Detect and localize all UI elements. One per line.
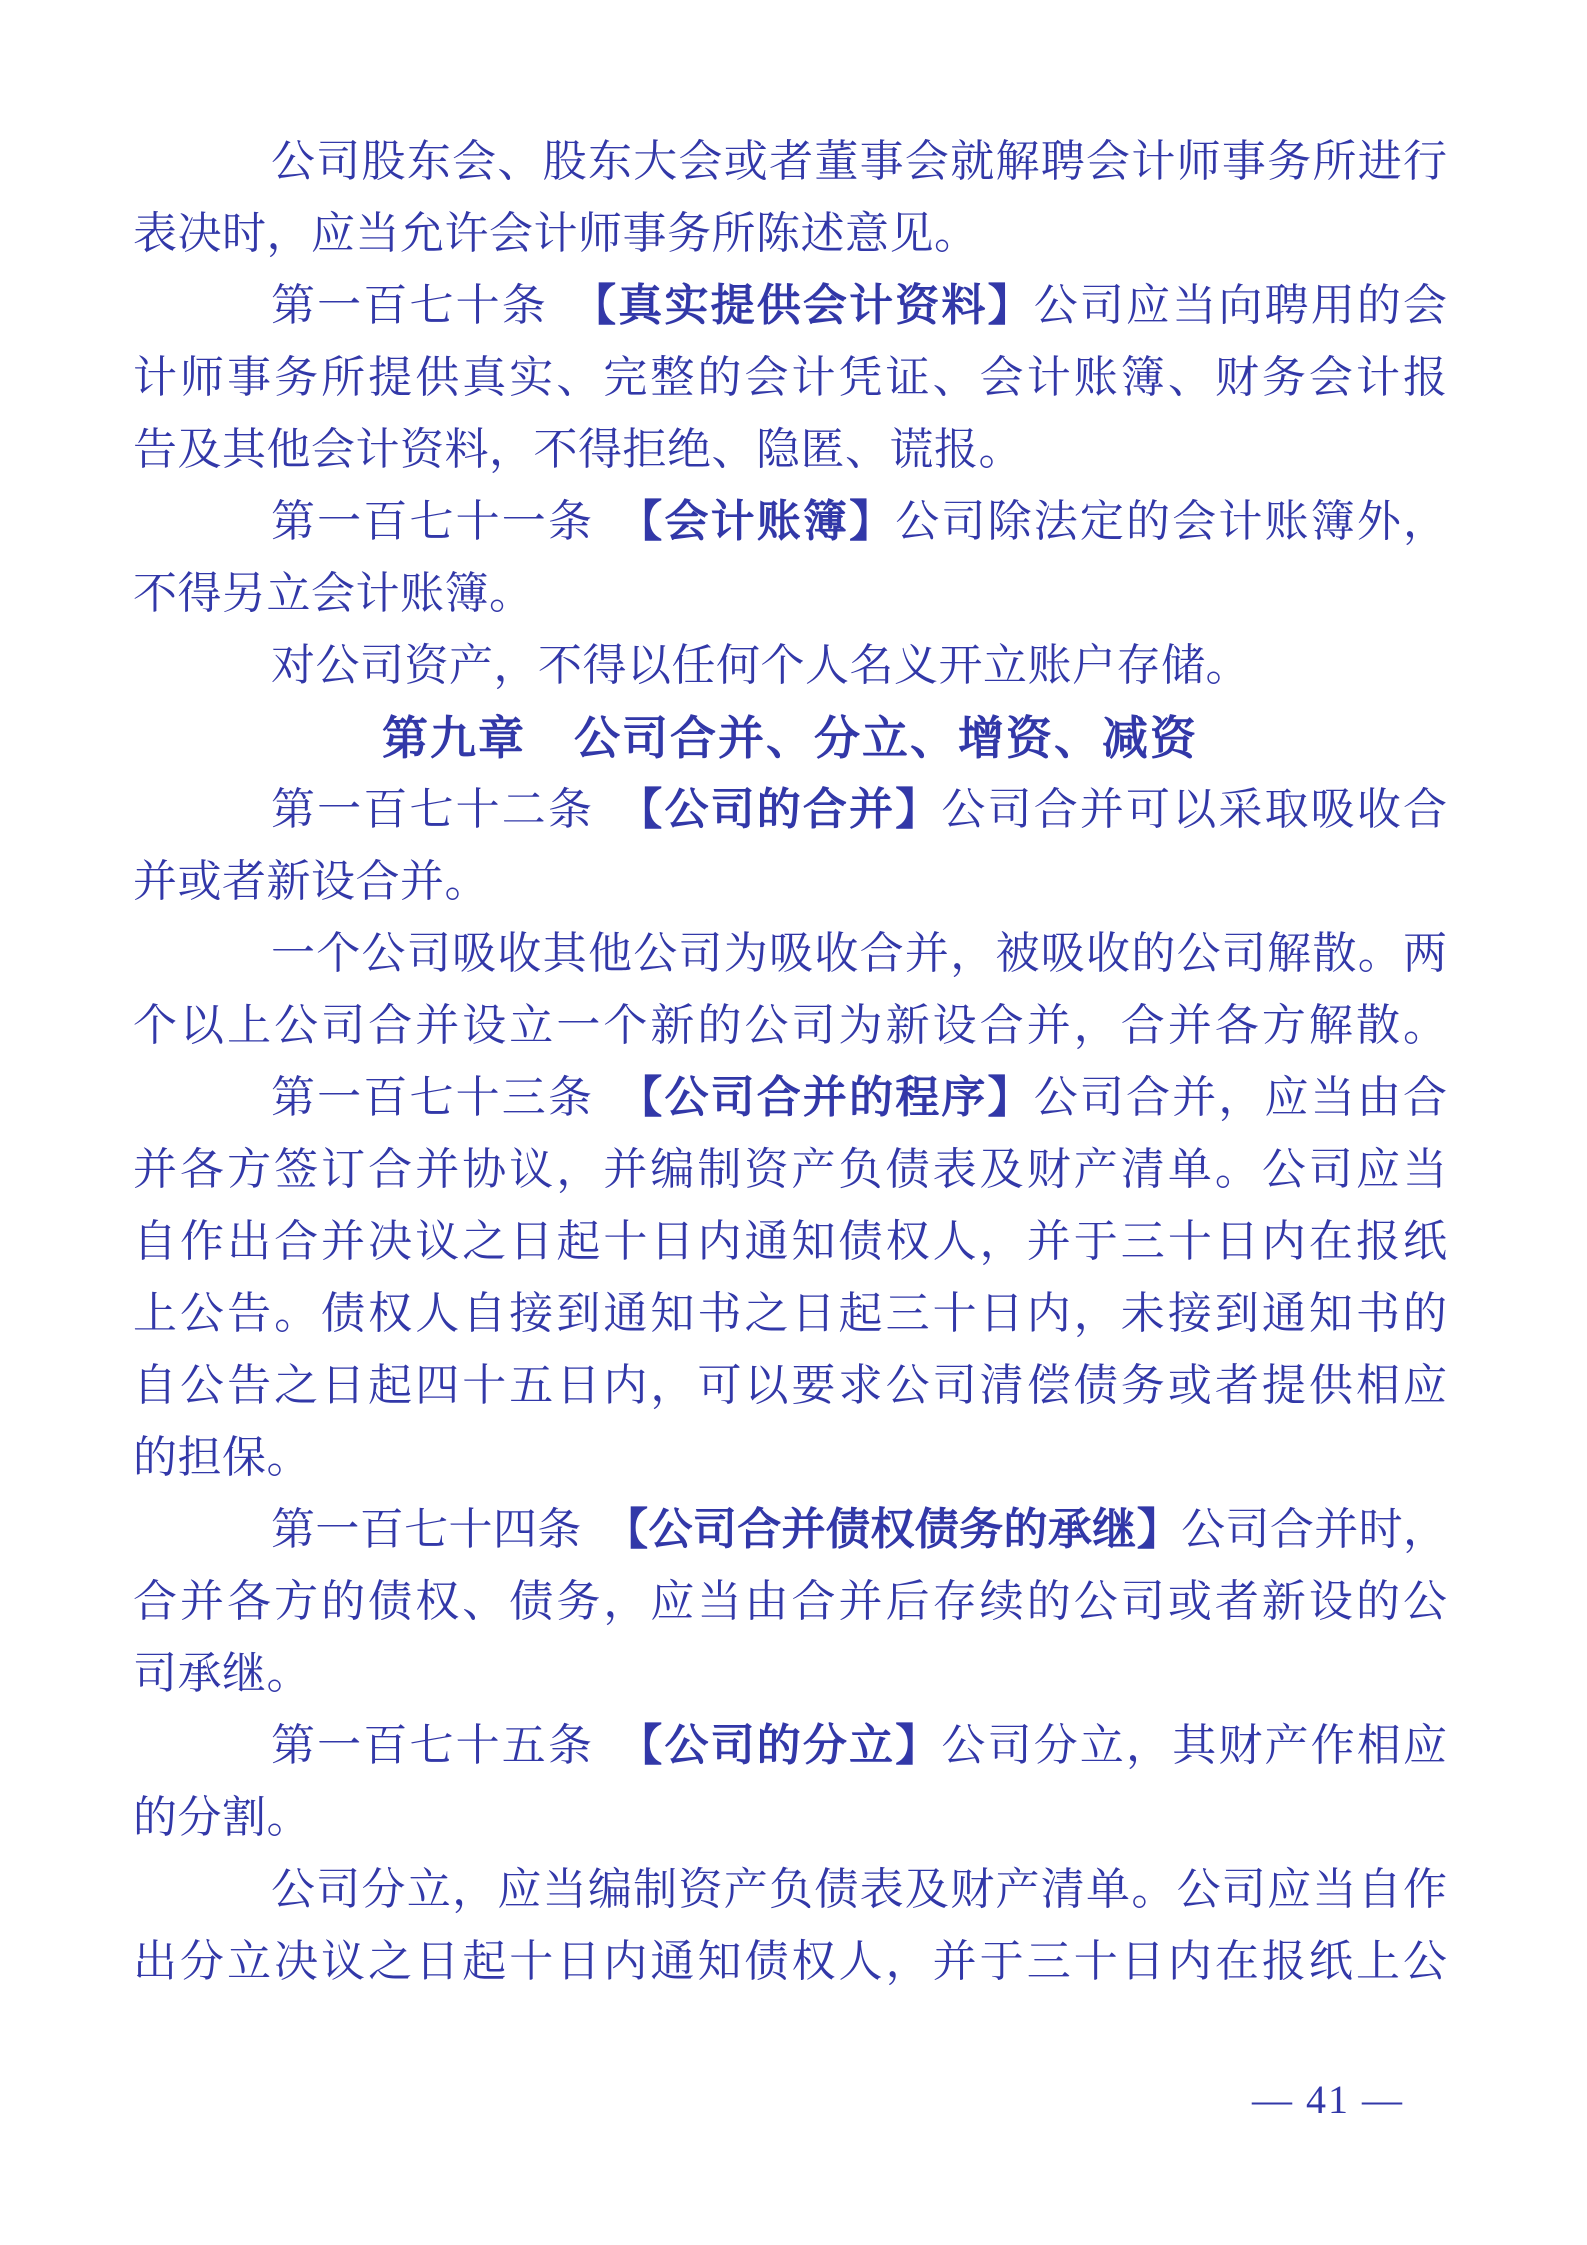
text-line: 第一百七十二条 【公司的合并】公司合并可以采取吸收合 [133, 774, 1447, 846]
article-title: 【公司合并债权债务的承继】 [626, 1505, 1181, 1554]
text-segment: 公司合并，应当由合 [1034, 1073, 1447, 1122]
text-line: 第一百七十一条 【会计账簿】公司除法定的会计账簿外， [133, 486, 1447, 558]
text-segment: 公司除法定的会计账簿外， [895, 497, 1447, 546]
text-line: 的担保。 [133, 1422, 1447, 1494]
text-segment: 的分割。 [133, 1793, 311, 1842]
text-segment: 表决时，应当允许会计师事务所陈述意见。 [133, 209, 979, 258]
article-title: 【公司的分立】 [640, 1721, 941, 1770]
text-segment: 第一百七十二条 [271, 785, 640, 834]
article-title: 【公司的合并】 [640, 785, 941, 834]
text-segment: 不得另立会计账簿。 [133, 569, 534, 618]
text-segment: 公司分立，其财产作相应 [941, 1721, 1447, 1770]
text-segment: 并或者新设合并。 [133, 857, 489, 906]
text-line: 告及其他会计资料，不得拒绝、隐匿、谎报。 [133, 414, 1447, 486]
text-segment: 出分立决议之日起十日内通知债权人，并于三十日内在报纸上公 [133, 1937, 1447, 1986]
text-segment: 司承继。 [133, 1649, 311, 1698]
text-segment: 第一百七十五条 [271, 1721, 640, 1770]
text-segment: 公司合并可以采取吸收合 [941, 785, 1447, 834]
text-line: 对公司资产，不得以任何个人名义开立账户存储。 [133, 630, 1447, 702]
text-line: 并各方签订合并协议，并编制资产负债表及财产清单。公司应当 [133, 1134, 1447, 1206]
text-segment: 公司应当向聘用的会 [1034, 281, 1447, 330]
text-segment: 自作出合并决议之日起十日内通知债权人，并于三十日内在报纸 [133, 1217, 1447, 1266]
text-segment: 告及其他会计资料，不得拒绝、隐匿、谎报。 [133, 425, 1023, 474]
article-title: 【真实提供会计资料】 [594, 281, 1034, 330]
document-body: 公司股东会、股东大会或者董事会就解聘会计师事务所进行表决时，应当允许会计师事务所… [133, 126, 1447, 1998]
text-line: 一个公司吸收其他公司为吸收合并，被吸收的公司解散。两 [133, 918, 1447, 990]
article-title: 【会计账簿】 [640, 497, 895, 546]
text-line: 计师事务所提供真实、完整的会计凭证、会计账簿、财务会计报 [133, 342, 1447, 414]
text-segment: 自公告之日起四十五日内，可以要求公司清偿债务或者提供相应 [133, 1361, 1447, 1410]
text-segment: 上公告。债权人自接到通知书之日起三十日内，未接到通知书的 [133, 1289, 1447, 1338]
text-line: 个以上公司合并设立一个新的公司为新设合并，合并各方解散。 [133, 990, 1447, 1062]
text-line: 合并各方的债权、债务，应当由合并后存续的公司或者新设的公 [133, 1566, 1447, 1638]
text-line: 公司股东会、股东大会或者董事会就解聘会计师事务所进行 [133, 126, 1447, 198]
text-segment: 第一百七十三条 [271, 1073, 640, 1122]
text-line: 自作出合并决议之日起十日内通知债权人，并于三十日内在报纸 [133, 1206, 1447, 1278]
text-segment: 合并各方的债权、债务，应当由合并后存续的公司或者新设的公 [133, 1577, 1447, 1626]
text-line: 表决时，应当允许会计师事务所陈述意见。 [133, 198, 1447, 270]
text-segment: 计师事务所提供真实、完整的会计凭证、会计账簿、财务会计报 [133, 353, 1447, 402]
text-segment: 公司分立，应当编制资产负债表及财产清单。公司应当自作 [271, 1865, 1447, 1914]
text-line: 公司分立，应当编制资产负债表及财产清单。公司应当自作 [133, 1854, 1447, 1926]
text-segment: 并各方签订合并协议，并编制资产负债表及财产清单。公司应当 [133, 1145, 1447, 1194]
text-segment: 对公司资产，不得以任何个人名义开立账户存储。 [271, 641, 1250, 690]
text-segment: 公司股东会、股东大会或者董事会就解聘会计师事务所进行 [271, 137, 1447, 186]
text-segment: 第九章 公司合并、分立、增资、减资 [382, 712, 1198, 764]
chapter-heading: 第九章 公司合并、分立、增资、减资 [133, 702, 1447, 774]
text-line: 并或者新设合并。 [133, 846, 1447, 918]
text-segment: 一个公司吸收其他公司为吸收合并，被吸收的公司解散。两 [271, 929, 1447, 978]
text-segment: 个以上公司合并设立一个新的公司为新设合并，合并各方解散。 [133, 1001, 1447, 1050]
text-segment: 的担保。 [133, 1433, 311, 1482]
text-segment: 第一百七十一条 [271, 497, 640, 546]
text-line: 第一百七十条 【真实提供会计资料】公司应当向聘用的会 [133, 270, 1447, 342]
text-segment: 公司合并时， [1181, 1505, 1447, 1554]
text-segment: 第一百七十四条 [271, 1505, 626, 1554]
document-page: { "page": { "background": "#ffffff", "te… [0, 0, 1587, 2245]
text-line: 第一百七十三条 【公司合并的程序】公司合并，应当由合 [133, 1062, 1447, 1134]
article-title: 【公司合并的程序】 [640, 1073, 1033, 1122]
text-line: 第一百七十四条 【公司合并债权债务的承继】公司合并时， [133, 1494, 1447, 1566]
text-line: 出分立决议之日起十日内通知债权人，并于三十日内在报纸上公 [133, 1926, 1447, 1998]
text-line: 自公告之日起四十五日内，可以要求公司清偿债务或者提供相应 [133, 1350, 1447, 1422]
text-segment: 第一百七十条 [271, 281, 594, 330]
text-line: 上公告。债权人自接到通知书之日起三十日内，未接到通知书的 [133, 1278, 1447, 1350]
text-line: 的分割。 [133, 1782, 1447, 1854]
page-number: — 41 — [1252, 2076, 1404, 2124]
text-line: 第一百七十五条 【公司的分立】公司分立，其财产作相应 [133, 1710, 1447, 1782]
text-line: 司承继。 [133, 1638, 1447, 1710]
text-line: 不得另立会计账簿。 [133, 558, 1447, 630]
